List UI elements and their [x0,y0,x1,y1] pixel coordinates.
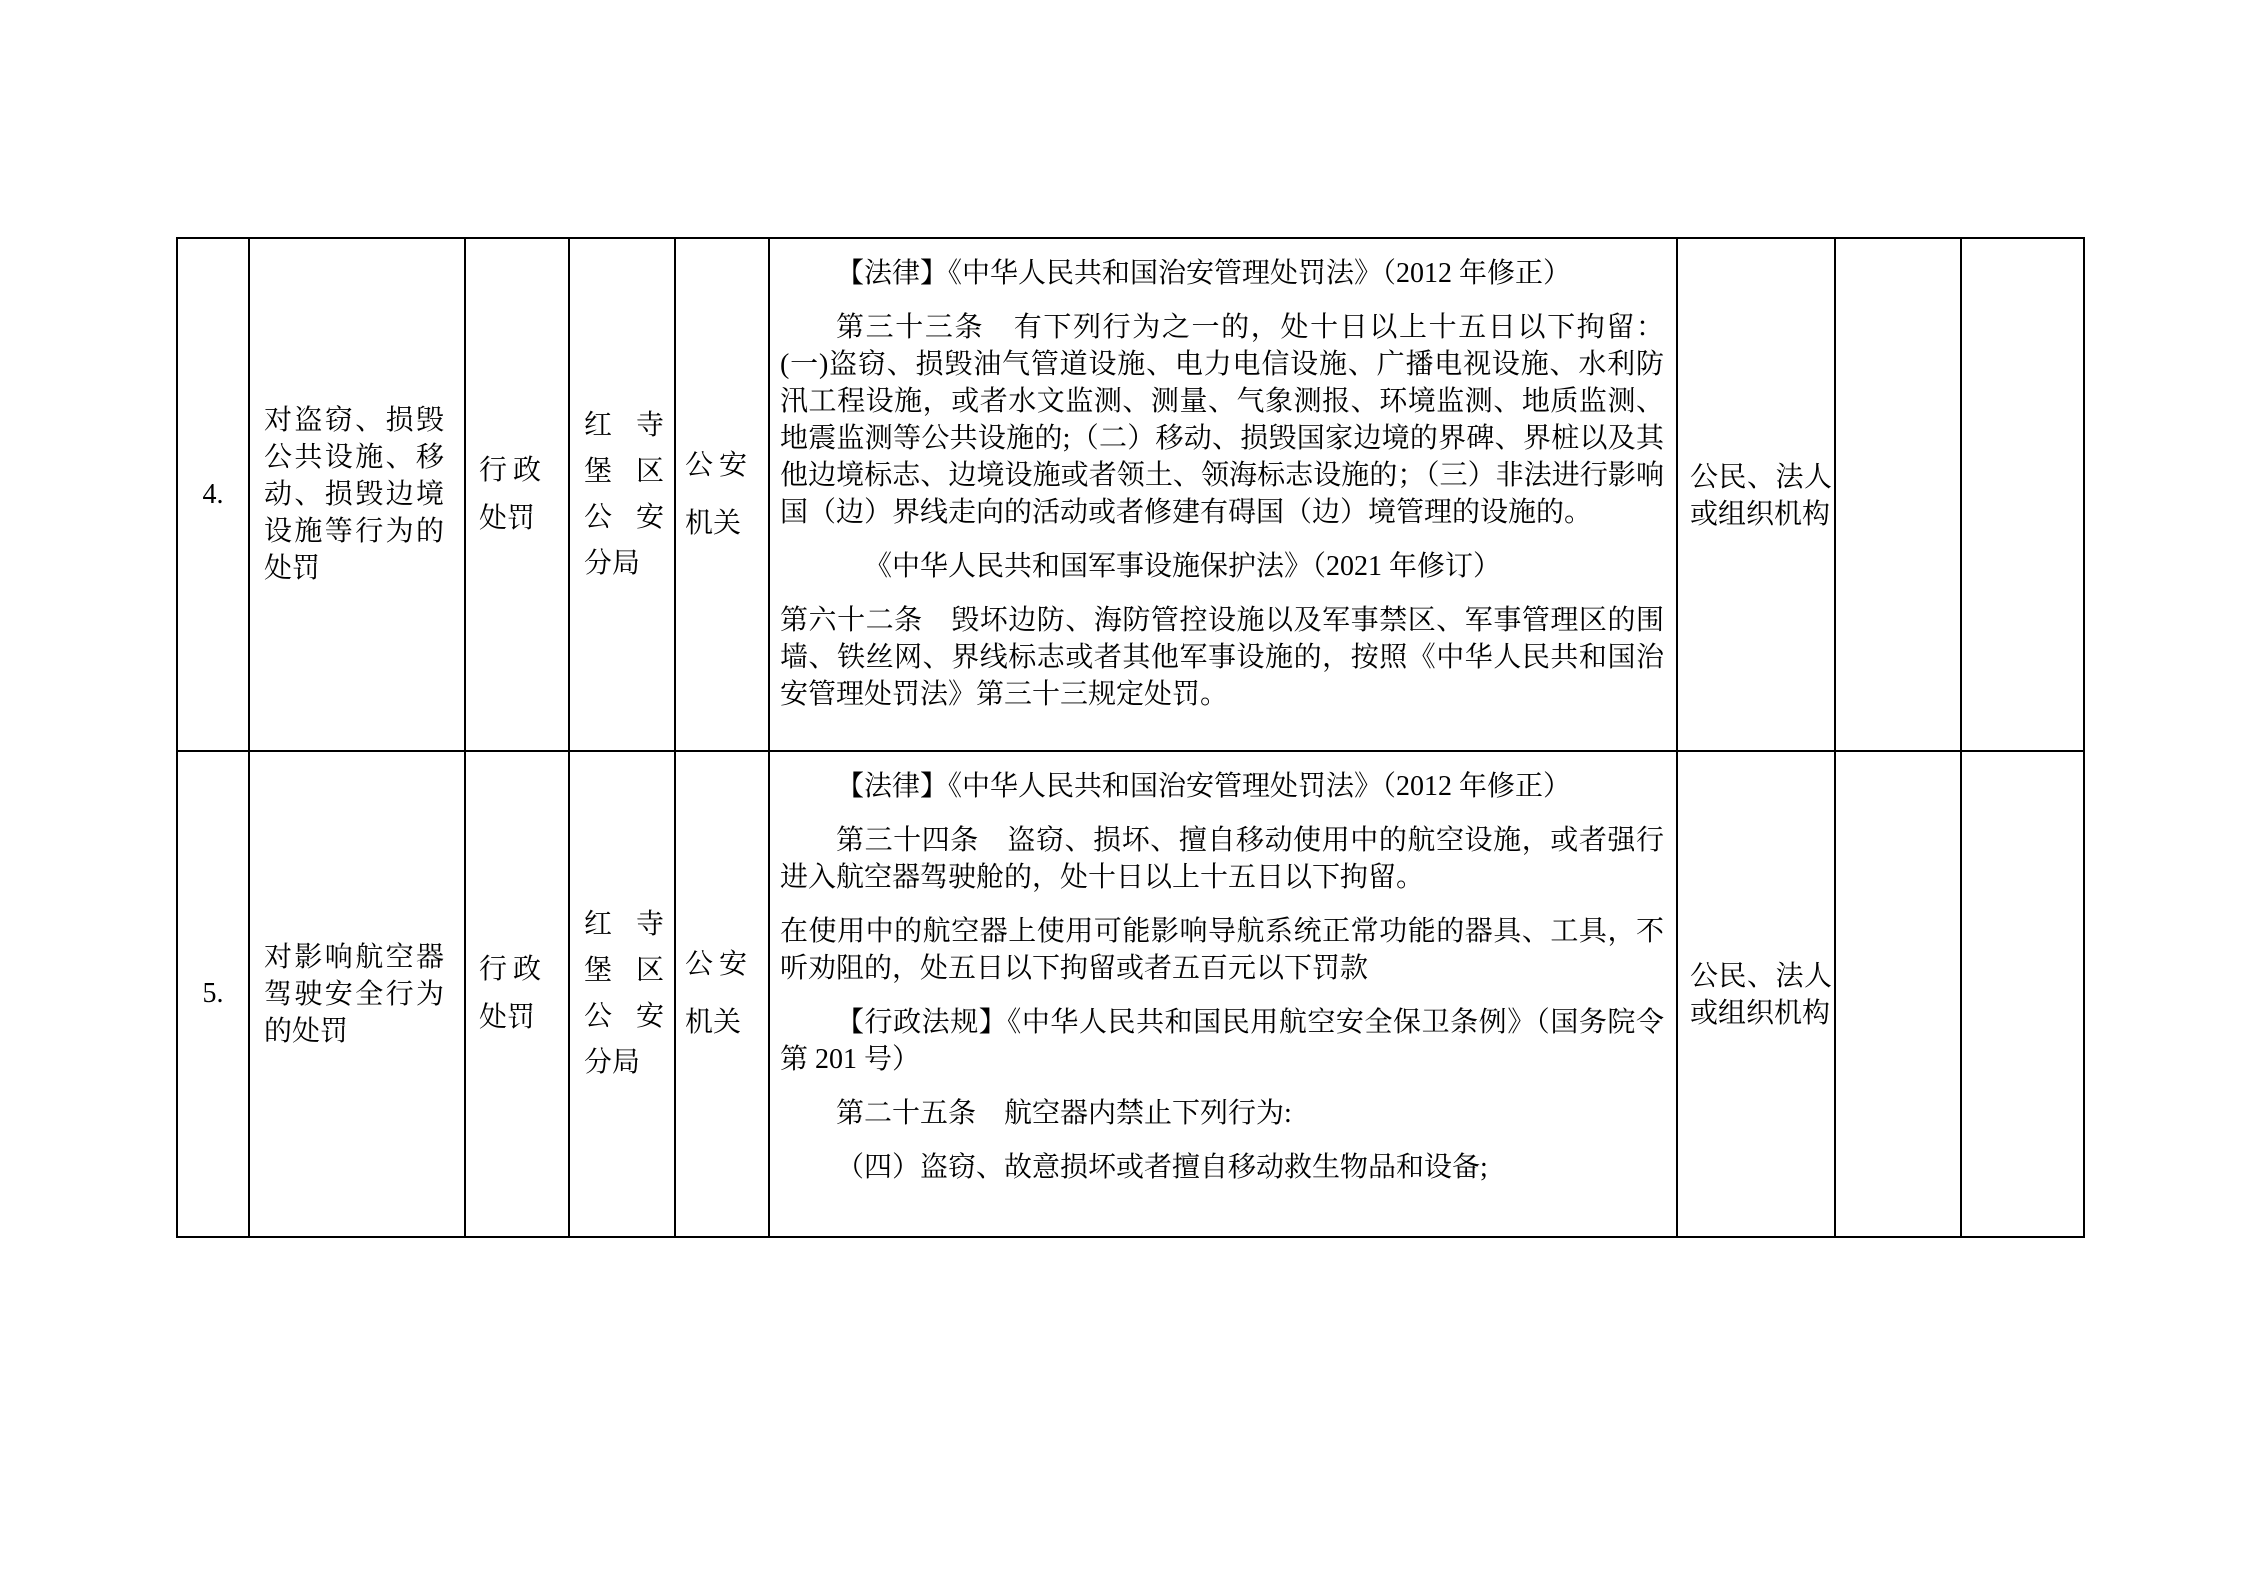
authority-cell: 公安机关 [675,238,769,751]
legal-paragraph: 《中华人民共和国军事设施保护法》（2021 年修订） [780,548,1664,585]
penalty-type: 行政处罚 [479,447,541,543]
table-row: 4. 对盗窃、损毁公共设施、移动、损毁边境设施等行为的处罚 行政处罚 红寺堡区公… [177,238,2084,751]
penalty-type-cell: 行政处罚 [465,751,569,1237]
item-number-cell: 5. [177,751,249,1237]
authority-cell: 公安机关 [675,751,769,1237]
document-page: 4. 对盗窃、损毁公共设施、移动、损毁边境设施等行为的处罚 行政处罚 红寺堡区公… [176,237,2085,1238]
authority: 公安机关 [685,437,747,553]
penalty-type-cell: 行政处罚 [465,238,569,751]
agency-cell: 红寺堡区公安分局 [569,751,675,1237]
legal-paragraph: 【法律】《中华人民共和国治安管理处罚法》（2012 年修正） [780,768,1664,805]
legal-paragraph: 第二十五条 航空器内禁止下列行为: [780,1095,1664,1132]
empty-cell [1961,751,2084,1237]
legal-paragraph: 【法律】《中华人民共和国治安管理处罚法》（2012 年修正） [780,255,1664,292]
legal-paragraph: 在使用中的航空器上使用可能影响导航系统正常功能的器具、工具，不听劝阻的，处五日以… [780,913,1664,987]
item-name-cell: 对盗窃、损毁公共设施、移动、损毁边境设施等行为的处罚 [249,238,465,751]
item-number-cell: 4. [177,238,249,751]
agency-cell: 红寺堡区公安分局 [569,238,675,751]
legal-paragraph: 第三十三条 有下列行为之一的，处十日以上十五日以下拘留：(一)盗窃、损毁油气管道… [780,309,1664,531]
target: 公民、法人或组织机构 [1690,957,1832,1031]
empty-cell [1835,238,1961,751]
legal-paragraph: 第六十二条 毁坏边防、海防管控设施以及军事禁区、军事管理区的围墙、铁丝网、界线标… [780,602,1664,713]
agency: 红寺堡区公安分局 [584,403,664,587]
legal-paragraph: 第三十四条 盗窃、损坏、擅自移动使用中的航空设施，或者强行进入航空器驾驶舱的，处… [780,822,1664,896]
item-name-cell: 对影响航空器驾驶安全行为的处罚 [249,751,465,1237]
authority: 公安机关 [685,936,747,1052]
penalty-type: 行政处罚 [479,946,541,1042]
table-row: 5. 对影响航空器驾驶安全行为的处罚 行政处罚 红寺堡区公安分局 公安机关 【法… [177,751,2084,1237]
item-number: 4. [203,479,224,510]
legal-paragraph: 【行政法规】《中华人民共和国民用航空安全保卫条例》（国务院令第 201 号） [780,1004,1664,1078]
empty-cell [1835,751,1961,1237]
legal-paragraph: （四）盗窃、故意损坏或者擅自移动救生物品和设备; [780,1149,1664,1186]
agency: 红寺堡区公安分局 [584,902,664,1086]
penalty-items-table: 4. 对盗窃、损毁公共设施、移动、损毁边境设施等行为的处罚 行政处罚 红寺堡区公… [176,237,2085,1238]
target: 公民、法人或组织机构 [1690,458,1832,532]
empty-cell [1961,238,2084,751]
legal-basis-cell: 【法律】《中华人民共和国治安管理处罚法》（2012 年修正）第三十四条 盗窃、损… [769,751,1677,1237]
item-number: 5. [203,978,224,1009]
target-cell: 公民、法人或组织机构 [1677,751,1835,1237]
item-name: 对盗窃、损毁公共设施、移动、损毁边境设施等行为的处罚 [264,402,444,587]
target-cell: 公民、法人或组织机构 [1677,238,1835,751]
item-name: 对影响航空器驾驶安全行为的处罚 [264,939,444,1050]
legal-basis-cell: 【法律】《中华人民共和国治安管理处罚法》（2012 年修正）第三十三条 有下列行… [769,238,1677,751]
